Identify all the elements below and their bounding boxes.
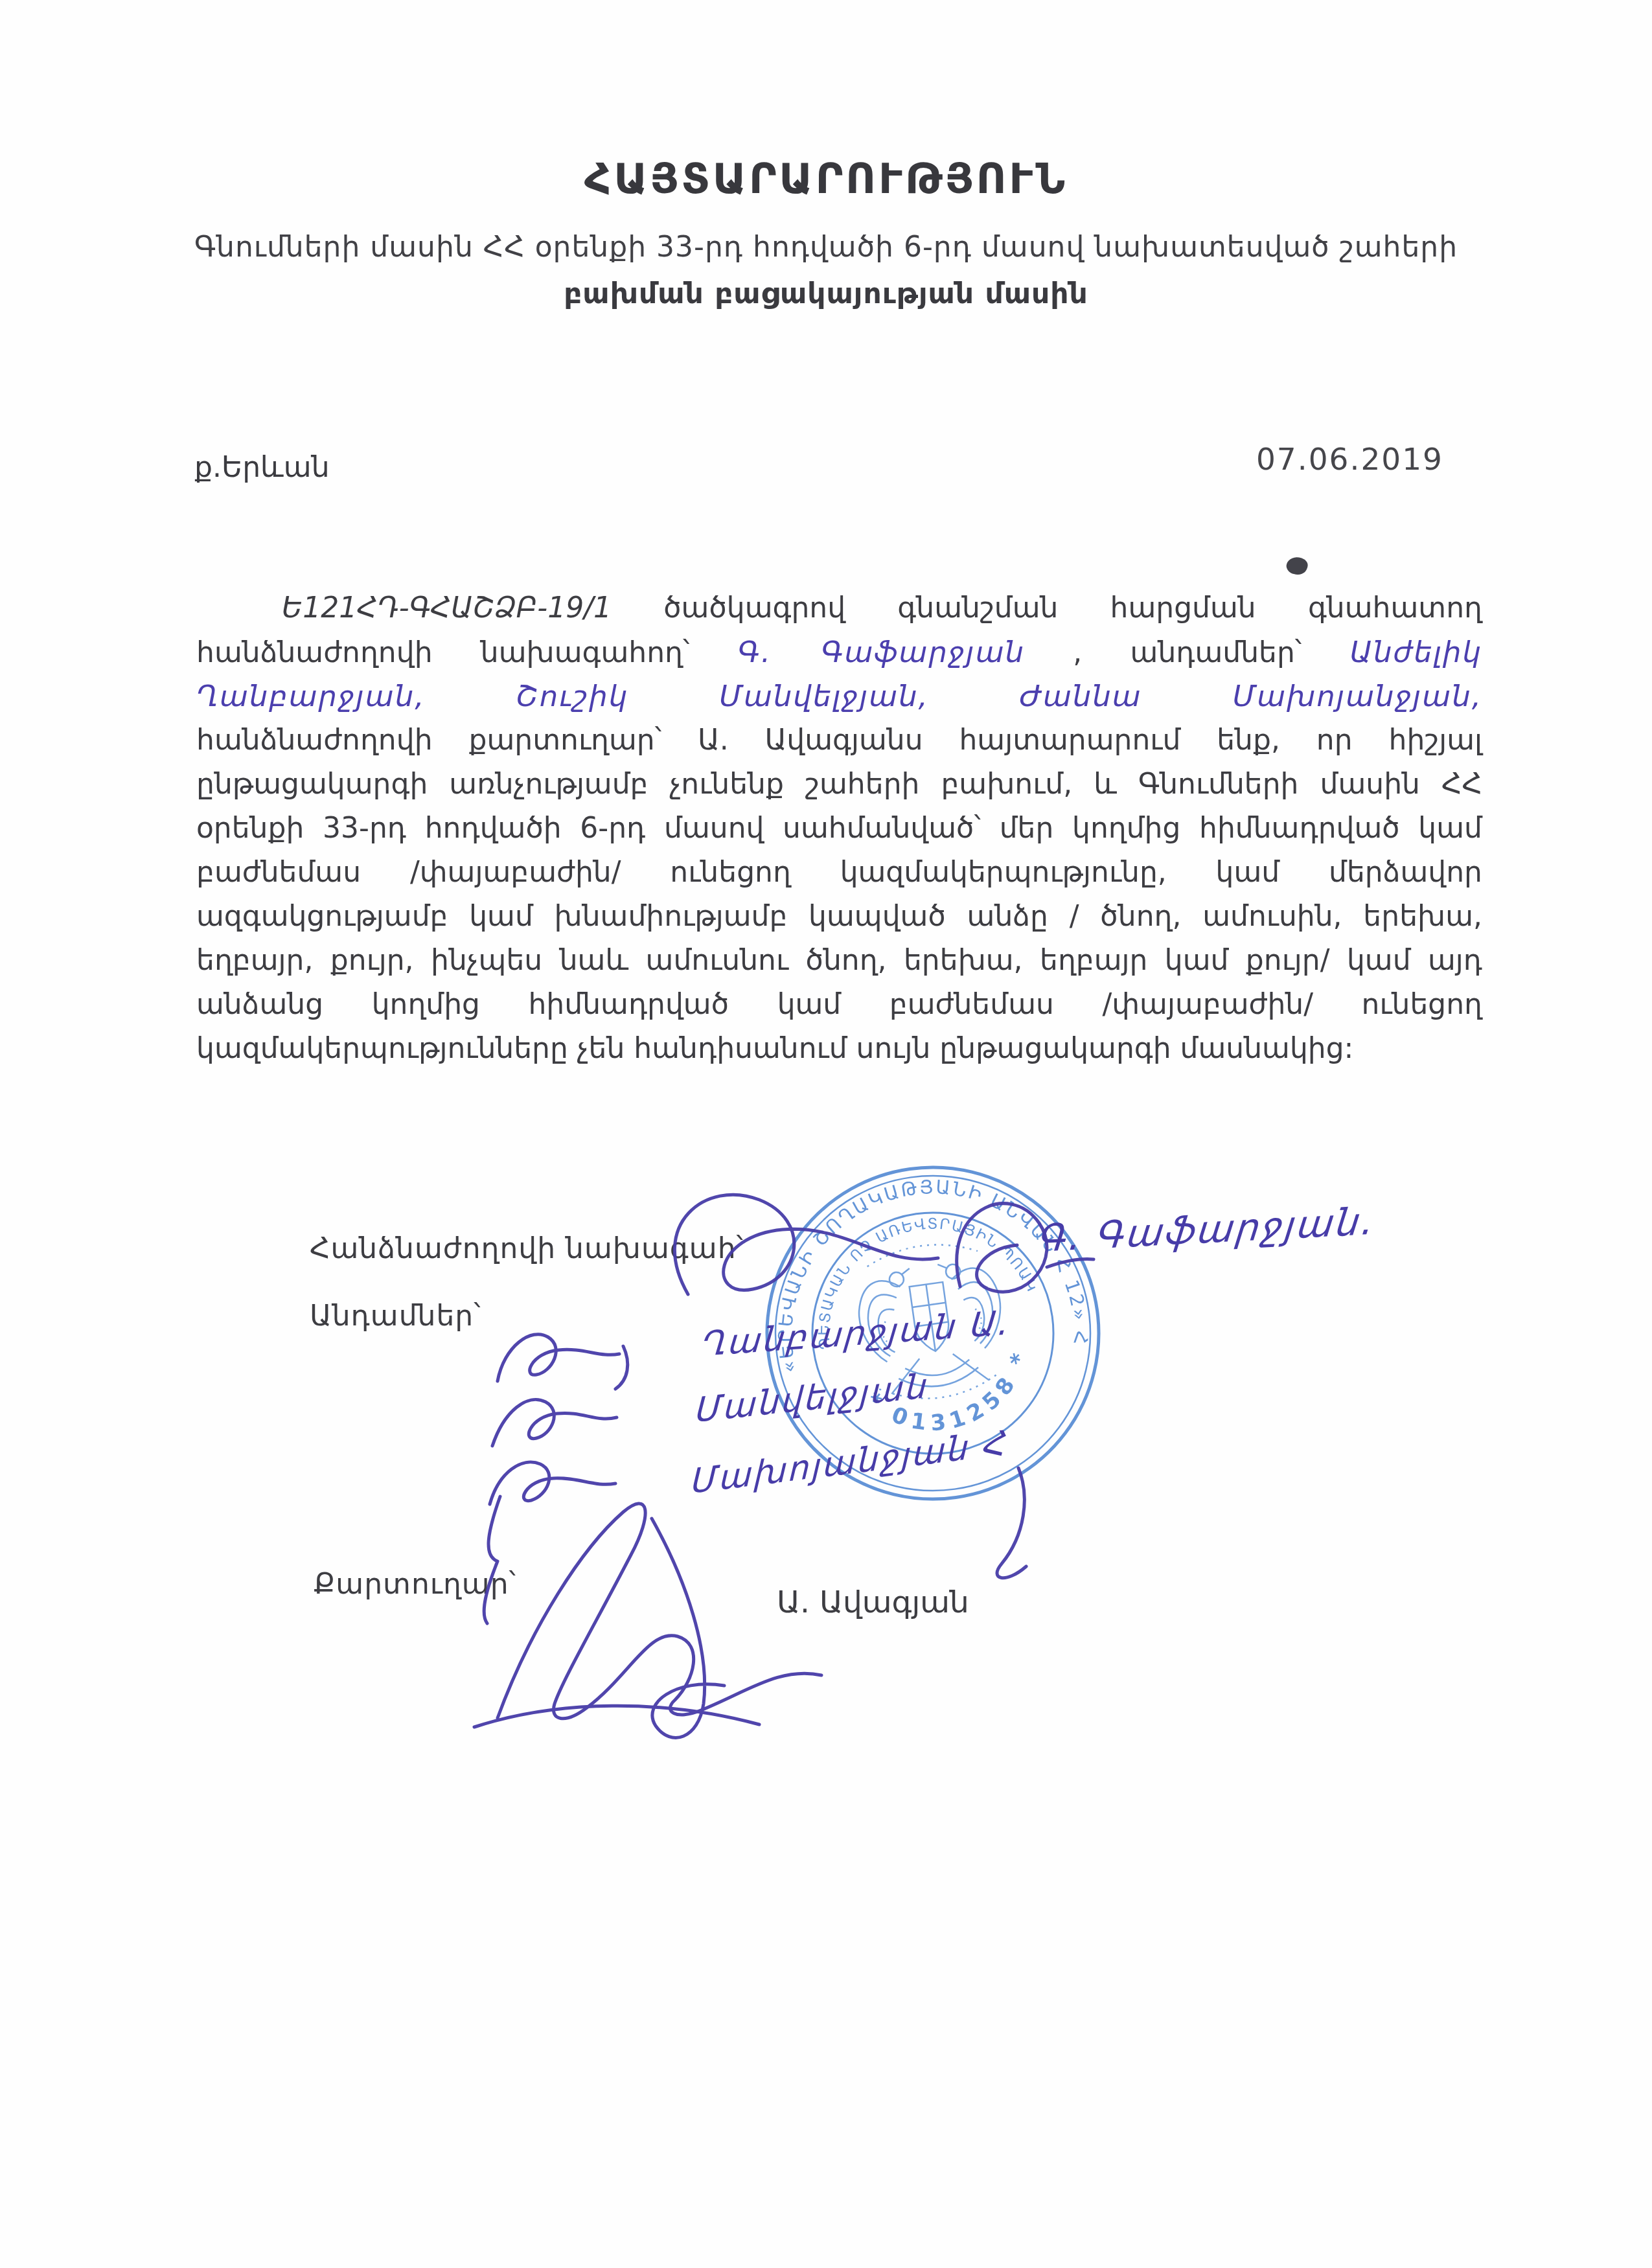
document-subtitle-line2: բախման բացակայության մասին [0,277,1652,310]
paragraph-line-4: հանձնաժողովի քարտուղար՝ Ա. Ավագյանս հայտ… [196,718,1482,762]
signature-strokes [194,1134,1522,1749]
declaration-paragraph: Ե121ՀԴ-ԳՀԱՇՁԲ-19/1 ծածկագրով գնանշման հա… [196,586,1482,1071]
document-subtitle-line1: Գնումների մասին ՀՀ օրենքի 33-րդ հոդվածի … [0,231,1652,264]
chairman-handwritten-name: Գ. Գաֆարջյան [738,635,1025,669]
procurement-code: Ե121ՀԴ-ԳՀԱՇՁԲ-19/1 [282,591,612,624]
date-label: 07.06.2019 [1256,442,1443,477]
paragraph-line-10: անձանց կողմից հիմնադրված կամ բաժնեմաս /փ… [196,983,1482,1027]
paragraph-line-8: ազգակցությամբ կամ խնամիությամբ կապված ան… [196,895,1482,939]
member-handwritten-name-1: Անժելիկ [1350,635,1482,669]
paragraph-line-7: բաժնեմաս /փայաբաժին/ ունեցող կազմակերպու… [196,851,1482,895]
paragraph-line-1-text: ծածկագրով գնանշման հարցման գնահատող [612,591,1482,624]
document-title: ՀԱՅՏԱՐԱՐՈՒԹՅՈՒՆ [0,155,1652,203]
handwritten-signatures-layer [194,1134,1522,1749]
city-label: ք.Երևան [194,451,330,484]
paragraph-line-11: կազմակերպությունները չեն հանդիսանում սու… [196,1027,1482,1071]
paragraph-line-6: օրենքի 33-րդ հոդվածի 6-րդ մասով սահմանվա… [196,807,1482,851]
ink-speck [1285,555,1310,578]
paragraph-line-3-handwritten-members: Ղանբարջյան, Շուշիկ Մանվելջյան, Ժաննա Մախ… [196,674,1482,718]
paragraph-line-1: Ե121ՀԴ-ԳՀԱՇՁԲ-19/1 ծածկագրով գնանշման հա… [196,586,1482,630]
scanned-declaration-document: ՀԱՅՏԱՐԱՐՈՒԹՅՈՒՆ Գնումների մասին ՀՀ օրենք… [0,0,1652,2268]
members-intro-text: , անդամներ՝ [1025,636,1350,669]
paragraph-line-9: եղբայր, քույր, ինչպես նաև ամուսնու ծնող,… [196,939,1482,983]
paragraph-line-5: ընթացակարգի առնչությամբ չունենք շահերի բ… [196,762,1482,807]
paragraph-line-2: հանձնաժողովի նախագահող՝ Գ. Գաֆարջյան , ա… [196,630,1482,674]
chairman-intro-text: հանձնաժողովի նախագահող՝ [196,636,738,669]
